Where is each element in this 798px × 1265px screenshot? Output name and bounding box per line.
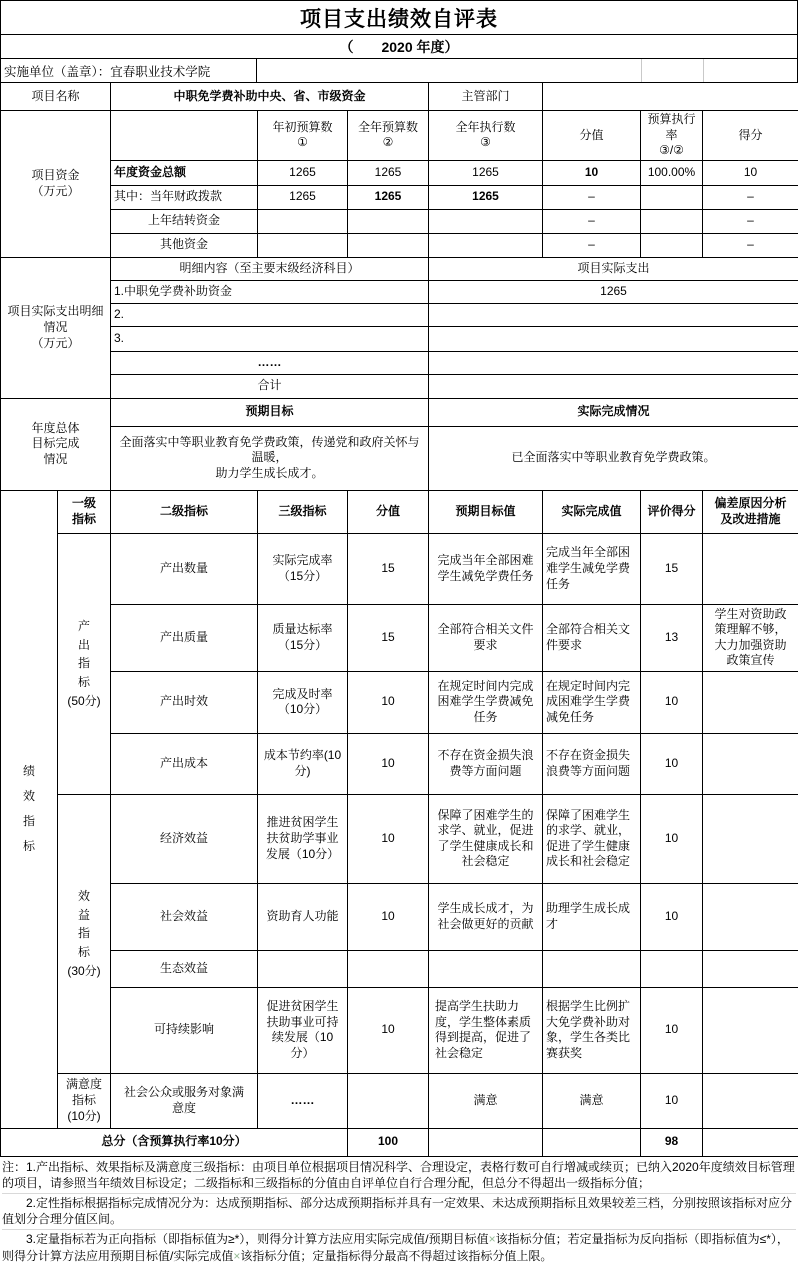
funds-initial-cell: 1265: [258, 185, 348, 209]
level3-cell: 完成及时率 （10分）: [258, 671, 348, 733]
note-3-text: 该指标分值；定量指标得分最高不得超过该指标分值上限。: [240, 1249, 552, 1263]
annual-goal-table: 年度总体 目标完成 情况 预期目标 实际完成情况 全面落实中等职业教育免学费政策…: [0, 398, 798, 491]
funds-header-execution-rate: 预算执行 率 ③/②: [641, 111, 703, 161]
deviation-cell: [703, 533, 798, 604]
header-score: 评价得分: [641, 490, 703, 533]
header-actual: 实际完成值: [543, 490, 641, 533]
funds-score-cell: –: [703, 233, 798, 257]
level2-cell: 产出时效: [111, 671, 258, 733]
expected-cell: 提高学生扶助力度，学生整体素质得到提高，促进了社会稳定: [429, 987, 543, 1073]
score-cell: 10: [641, 794, 703, 883]
table-row: 可持续影响 促进贫困学生 扶助事业可持 续发展（10 分） 10 提高学生扶助力…: [1, 987, 798, 1073]
actual-cell: 完成当年全部困难学生减免学费任务: [543, 533, 641, 604]
expenditure-amount-cell: [429, 326, 798, 351]
expenditure-amount-cell: 1265: [429, 280, 798, 303]
header-deviation: 偏差原因分析 及改进措施: [703, 490, 798, 533]
deviation-cell: [703, 1073, 798, 1128]
total-empty-cell: [703, 1128, 798, 1156]
funds-initial-cell: [258, 233, 348, 257]
year-line: （ 2020 年度）: [0, 34, 798, 59]
table-row: 效 益 指 标 (30分) 经济效益 推进贫困学生 扶贫助学事业 发展（10分）…: [1, 794, 798, 883]
funds-rate-cell: 100.00%: [641, 160, 703, 185]
deviation-cell: 学生对资助政策理解不够，大力加强资助政策宣传: [703, 604, 798, 671]
expenditure-detail-cell: ……: [111, 351, 429, 374]
funds-row-label: 其他资金: [111, 233, 258, 257]
weight-cell: [348, 950, 429, 987]
table-row: ……: [1, 351, 798, 374]
table-row: 项目资金 （万元） 年初预算数 ① 全年预算数 ② 全年执行数 ③ 分值 预算执…: [1, 111, 798, 161]
header-level3: 三级指标: [258, 490, 348, 533]
level3-cell: [258, 950, 348, 987]
header-expected: 预期目标值: [429, 490, 543, 533]
level3-cell: 推进贫困学生 扶贫助学事业 发展（10分）: [258, 794, 348, 883]
table-row: 项目名称 中职免学费补助中央、省、市级资金 主管部门: [1, 83, 798, 111]
group-output-indicators: 产 出 指 标 (50分): [58, 533, 111, 794]
score-cell: 13: [641, 604, 703, 671]
table-row: 3.: [1, 326, 798, 351]
expenditure-amount-cell: [429, 351, 798, 374]
funds-header-initial-budget: 年初预算数 ①: [258, 111, 348, 161]
page-title: 项目支出绩效自评表: [0, 0, 798, 35]
funds-execution-cell: 1265: [429, 185, 543, 209]
actual-cell: 在规定时间内完成困难学生学费减免任务: [543, 671, 641, 733]
level3-cell: 质量达标率 （15分）: [258, 604, 348, 671]
funds-header-annual-budget: 全年预算数 ②: [348, 111, 429, 161]
expected-cell: 学生成长成才，为社会做更好的贡献: [429, 883, 543, 950]
note-3-text: 3.定量指标若为正向指标（即指标值为≥*），则得分计算方法应用实际完成值/预期目…: [2, 1232, 489, 1246]
weight-cell: 10: [348, 987, 429, 1073]
score-cell: 15: [641, 533, 703, 604]
multiply-sign: ×: [489, 1232, 496, 1246]
funds-header-weight: 分值: [543, 111, 641, 161]
funds-weight-cell: –: [543, 233, 641, 257]
level3-cell: 资助育人功能: [258, 883, 348, 950]
deviation-cell: [703, 950, 798, 987]
table-row: 全面落实中等职业教育免学费政策，传递党和政府关怀与温暖， 助力学生成长成才。 已…: [1, 426, 798, 490]
expected-cell: 不存在资金损失浪费等方面问题: [429, 733, 543, 794]
funds-rate-cell: [641, 185, 703, 209]
expected-cell: 在规定时间内完成困难学生学费减免任务: [429, 671, 543, 733]
table-row: 1.中职免学费补助资金 1265: [1, 280, 798, 303]
expected-goal-text: 全面落实中等职业教育免学费政策，传递党和政府关怀与温暖， 助力学生成长成才。: [111, 426, 429, 490]
actual-completion-text: 已全面落实中等职业教育免学费政策。: [429, 426, 798, 490]
level2-cell: 社会公众或服务对象满 意度: [111, 1073, 258, 1128]
table-row: 产出成本 成本节约率(10 分) 10 不存在资金损失浪费等方面问题 不存在资金…: [1, 733, 798, 794]
project-name-table: 项目名称 中职免学费补助中央、省、市级资金 主管部门: [0, 82, 798, 111]
level2-cell: 社会效益: [111, 883, 258, 950]
actual-cell: 不存在资金损失浪费等方面问题: [543, 733, 641, 794]
level3-cell: ……: [258, 1073, 348, 1128]
funds-row-label: 年度资金总额: [111, 160, 258, 185]
score-cell: 10: [641, 733, 703, 794]
funds-score-cell: –: [703, 209, 798, 233]
total-table: 总分（含预算执行率10分） 100 98: [0, 1128, 798, 1157]
funds-annual-cell: 1265: [348, 185, 429, 209]
funds-header-score: 得分: [703, 111, 798, 161]
group-satisfaction-indicators: 满意度 指标 (10分): [58, 1073, 111, 1128]
indicators-side-label: 绩 效 指 标: [1, 490, 58, 1128]
funds-header-annual-execution: 全年执行数 ③: [429, 111, 543, 161]
funds-row-label: 其中：当年财政拨款: [111, 185, 258, 209]
funds-weight-cell: –: [543, 185, 641, 209]
table-row: 生态效益: [1, 950, 798, 987]
funds-weight-cell: –: [543, 209, 641, 233]
expected-cell: 保障了困难学生的求学、就业，促进了学生健康成长和社会稳定: [429, 794, 543, 883]
score-cell: 10: [641, 1073, 703, 1128]
funds-execution-cell: 1265: [429, 160, 543, 185]
expenditure-detail-cell: 1.中职免学费补助资金: [111, 280, 429, 303]
table-row: 年度总体 目标完成 情况 预期目标 实际完成情况: [1, 398, 798, 426]
table-row: 总分（含预算执行率10分） 100 98: [1, 1128, 798, 1156]
expenditure-detail-cell: 2.: [111, 303, 429, 326]
table-row: 产出质量 质量达标率 （15分） 15 全部符合相关文件要求 全部符合相关文件要…: [1, 604, 798, 671]
gridline: [641, 59, 642, 82]
level2-cell: 产出成本: [111, 733, 258, 794]
note-1: 注：1.产出指标、效果指标及满意度三级指标：由项目单位根据项目情况科学、合理设定…: [2, 1158, 796, 1193]
table-row: 产 出 指 标 (50分) 产出数量 实际完成率 （15分） 15 完成当年全部…: [1, 533, 798, 604]
expenditure-actual-header: 项目实际支出: [429, 257, 798, 280]
level2-cell: 可持续影响: [111, 987, 258, 1073]
level2-cell: 生态效益: [111, 950, 258, 987]
funds-annual-cell: [348, 209, 429, 233]
total-weight: 100: [348, 1128, 429, 1156]
total-empty-cell: [543, 1128, 641, 1156]
expenditure-amount-cell: [429, 374, 798, 398]
table-row: 满意度 指标 (10分) 社会公众或服务对象满 意度 …… 满意 满意 10: [1, 1073, 798, 1128]
actual-cell: 保障了困难学生的求学、就业，促进了学生健康成长和社会稳定: [543, 794, 641, 883]
actual-cell: 全部符合相关文件要求: [543, 604, 641, 671]
expenditure-table: 项目实际支出明细 情况 （万元） 明细内容（至主要末级经济科目） 项目实际支出 …: [0, 257, 798, 399]
expenditure-detail-cell: 3.: [111, 326, 429, 351]
level3-cell: 成本节约率(10 分): [258, 733, 348, 794]
table-row: 2.: [1, 303, 798, 326]
expenditure-detail-header: 明细内容（至主要末级经济科目）: [111, 257, 429, 280]
group-benefit-indicators: 效 益 指 标 (30分): [58, 794, 111, 1073]
level2-cell: 经济效益: [111, 794, 258, 883]
expenditure-side-label: 项目实际支出明细 情况 （万元）: [1, 257, 111, 398]
score-cell: 10: [641, 987, 703, 1073]
table-row: 绩 效 指 标 一级 指标 二级指标 三级指标 分值 预期目标值 实际完成值 评…: [1, 490, 798, 533]
table-row: 社会效益 资助育人功能 10 学生成长成才，为社会做更好的贡献 助理学生成长成才…: [1, 883, 798, 950]
annual-goal-side-label: 年度总体 目标完成 情况: [1, 398, 111, 490]
weight-cell: 10: [348, 794, 429, 883]
funds-weight-cell: 10: [543, 160, 641, 185]
implementing-unit-label: 实施单位（盖章）：宜春职业技术学院: [4, 62, 210, 80]
gridline: [703, 59, 704, 82]
weight-cell: 10: [348, 733, 429, 794]
funds-score-cell: 10: [703, 160, 798, 185]
gridline: [256, 59, 257, 82]
total-score: 98: [641, 1128, 703, 1156]
project-name-label: 项目名称: [1, 83, 111, 111]
indicators-table: 绩 效 指 标 一级 指标 二级指标 三级指标 分值 预期目标值 实际完成值 评…: [0, 490, 798, 1129]
weight-cell: [348, 1073, 429, 1128]
implementing-unit-row: 实施单位（盖章）：宜春职业技术学院: [0, 58, 798, 83]
funds-initial-cell: 1265: [258, 160, 348, 185]
expected-cell: [429, 950, 543, 987]
funds-side-label: 项目资金 （万元）: [1, 111, 111, 258]
funds-rate-cell: [641, 209, 703, 233]
weight-cell: 15: [348, 604, 429, 671]
dept-label: 主管部门: [429, 83, 543, 111]
funds-initial-cell: [258, 209, 348, 233]
table-row: 其他资金 – –: [1, 233, 798, 257]
expenditure-amount-cell: [429, 303, 798, 326]
total-empty-cell: [429, 1128, 543, 1156]
funds-score-cell: –: [703, 185, 798, 209]
table-row: 年度资金总额 1265 1265 1265 10 100.00% 10: [1, 160, 798, 185]
funds-annual-cell: [348, 233, 429, 257]
funds-annual-cell: 1265: [348, 160, 429, 185]
funds-row-label: 上年结转资金: [111, 209, 258, 233]
weight-cell: 15: [348, 533, 429, 604]
expenditure-detail-cell: 合计: [111, 374, 429, 398]
self-evaluation-form: 项目支出绩效自评表 （ 2020 年度） 实施单位（盖章）：宜春职业技术学院 项…: [0, 0, 798, 1265]
table-row: 项目实际支出明细 情况 （万元） 明细内容（至主要末级经济科目） 项目实际支出: [1, 257, 798, 280]
header-level1: 一级 指标: [58, 490, 111, 533]
actual-cell: 根据学生比例扩大免学费补助对象，学生各类比赛获奖: [543, 987, 641, 1073]
table-row: 上年结转资金 – –: [1, 209, 798, 233]
dept-value: [543, 83, 798, 111]
total-label: 总分（含预算执行率10分）: [1, 1128, 348, 1156]
level2-cell: 产出数量: [111, 533, 258, 604]
actual-cell: 满意: [543, 1073, 641, 1128]
expected-goal-header: 预期目标: [111, 398, 429, 426]
table-row: 产出时效 完成及时率 （10分） 10 在规定时间内完成困难学生学费减免任务 在…: [1, 671, 798, 733]
deviation-cell: [703, 987, 798, 1073]
level3-cell: 促进贫困学生 扶助事业可持 续发展（10 分）: [258, 987, 348, 1073]
expected-cell: 完成当年全部困难学生减免学费任务: [429, 533, 543, 604]
note-3: 3.定量指标若为正向指标（即指标值为≥*），则得分计算方法应用实际完成值/预期目…: [2, 1229, 796, 1265]
note-2: 2.定性指标根据指标完成情况分为：达成预期指标、部分达成预期指标并具有一定效果、…: [2, 1193, 796, 1229]
funds-empty-header: [111, 111, 258, 161]
expected-cell: 满意: [429, 1073, 543, 1128]
score-cell: 10: [641, 671, 703, 733]
notes-section: 注：1.产出指标、效果指标及满意度三级指标：由项目单位根据项目情况科学、合理设定…: [0, 1157, 798, 1265]
funds-rate-cell: [641, 233, 703, 257]
deviation-cell: [703, 883, 798, 950]
table-row: 合计: [1, 374, 798, 398]
weight-cell: 10: [348, 883, 429, 950]
header-weight: 分值: [348, 490, 429, 533]
score-cell: 10: [641, 883, 703, 950]
level2-cell: 产出质量: [111, 604, 258, 671]
funds-execution-cell: [429, 209, 543, 233]
expected-cell: 全部符合相关文件要求: [429, 604, 543, 671]
deviation-cell: [703, 794, 798, 883]
deviation-cell: [703, 671, 798, 733]
actual-cell: [543, 950, 641, 987]
funds-table: 项目资金 （万元） 年初预算数 ① 全年预算数 ② 全年执行数 ③ 分值 预算执…: [0, 110, 798, 258]
deviation-cell: [703, 733, 798, 794]
actual-completion-header: 实际完成情况: [429, 398, 798, 426]
score-cell: [641, 950, 703, 987]
level3-cell: 实际完成率 （15分）: [258, 533, 348, 604]
actual-cell: 助理学生成长成才: [543, 883, 641, 950]
funds-execution-cell: [429, 233, 543, 257]
project-name-value: 中职免学费补助中央、省、市级资金: [111, 83, 429, 111]
header-level2: 二级指标: [111, 490, 258, 533]
weight-cell: 10: [348, 671, 429, 733]
table-row: 其中：当年财政拨款 1265 1265 1265 – –: [1, 185, 798, 209]
